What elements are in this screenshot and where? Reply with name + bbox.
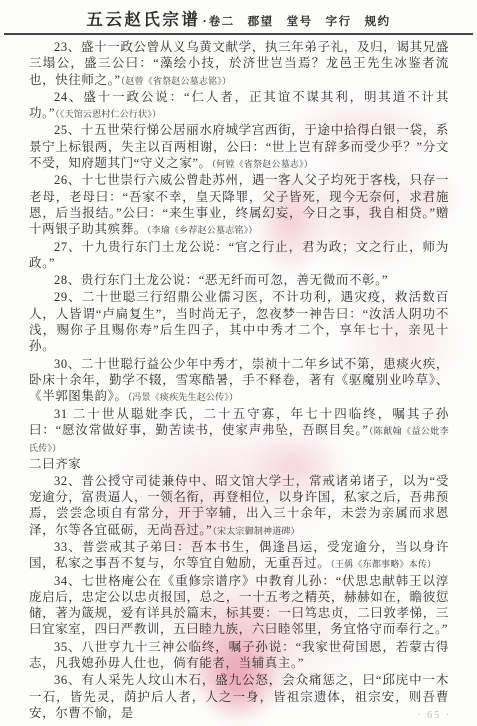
citation: （王偁《东都事略》本传） xyxy=(330,559,436,569)
paragraph-number: 30、 xyxy=(54,357,81,371)
paragraph-31: 31 二十世从聪妣李氏，二十五守寡，年七十四临终，嘱其子孙曰：“愿汝常做好事，勤… xyxy=(29,406,449,457)
paragraph-35: 35、八世亨九十三神公临终，嘱子孙说：“我家世荷国恩，若蒙古得志，凡我媳孙毋人仕… xyxy=(29,639,449,673)
title-separator: · xyxy=(200,13,208,28)
paragraph-25: 25、十五世荣行悌公居丽水府城学宫西街，于途中拾得白银一袋，系景宁上标银两，失主… xyxy=(29,122,449,172)
paragraph-number: 26、 xyxy=(54,173,81,187)
paragraph-34: 34、七世格庵公在《重修宗谱序》中教育儿孙：“伏思忠献韩王以淳庞启后，忠定公以忠… xyxy=(29,573,449,639)
paragraph-number: 32、 xyxy=(54,474,81,488)
paragraph-29: 29、二十世聪三行绍鼎公业儒习医，不计功利，遇灾疫，救活数百人，人皆谓“卢扁复生… xyxy=(29,289,449,355)
paragraph-33: 33、普尝戒其子弟曰：吾本书生，偶逢昌运，受宠逾分，当以身许国，私家之事吾不复与… xyxy=(29,539,449,573)
paragraph-number: 33、 xyxy=(54,540,82,554)
paragraph-text: 二十世聪行益公少年中秀才，崇祯十二年乡试不第，患痰火疾，卧床十余年，勤学不辍，雪… xyxy=(29,357,449,404)
paragraph-number: 25、 xyxy=(54,123,81,137)
paragraph-text: 七世格庵公在《重修宗谱序》中教育儿孙：“伏思忠献韩王以淳庞启后，忠定公以忠贞报国… xyxy=(29,574,449,637)
paragraph-number: 27、 xyxy=(54,240,81,254)
page-number: · 65 · xyxy=(417,710,451,721)
paragraph-text: 贵行东门土龙公说：“恶无纤而可忽，善无微而不彰。” xyxy=(81,273,388,287)
paragraph-text: 二十世聪三行绍鼎公业儒习医，不计功利，遇灾疫，救活数百人，人皆谓“卢扁复生”，当… xyxy=(29,290,449,353)
book-title: 五云赵氏宗谱 xyxy=(86,10,200,29)
paragraph-32: 32、普公授守司徒兼侍中、昭文馆大学士，常戒诸弟诸子，以为“受宠逾分，富贵逼人，… xyxy=(29,473,449,539)
header-divider xyxy=(4,33,473,35)
document-page: 五云赵氏宗谱·卷二 郡望 堂号 字行 规约 23、盛十一政公曾从义乌黄文献学，执… xyxy=(0,0,477,726)
paragraph-30: 30、二十世聪行益公少年中秀才，崇祯十二年乡试不第，患痰火疾，卧床十余年，勤学不… xyxy=(29,356,449,406)
paragraph-number: 24、 xyxy=(54,90,83,104)
paragraph-number: 29、 xyxy=(54,290,82,304)
paragraph-36: 36、有人采先人坟山木石，盛九公怒，会众痛惩之，曰“邱庑中一木一石，皆先灵，荫护… xyxy=(29,672,449,722)
paragraph-text: 有人采先人坟山木石，盛九公怒，会众痛惩之，曰“邱庑中一木一石，皆先灵，荫护后人者… xyxy=(29,673,449,720)
chapter-subtitle: 卷二 郡望 堂号 字行 规约 xyxy=(209,16,391,28)
page-header: 五云赵氏宗谱·卷二 郡望 堂号 字行 规约 xyxy=(0,6,477,30)
paragraph-text: 十九贵行东门土龙公说：“官之行止，君为政；文之行止，师为政。” xyxy=(29,240,449,270)
paragraph-number: 36、 xyxy=(54,673,81,687)
document-body: 23、盛十一政公曾从义乌黄文献学，执三年弟子礼，及归，谒其兄盛三塌公，盛三公曰：… xyxy=(29,39,449,722)
citation: （宋太宗御制神道碑） xyxy=(212,526,300,536)
paragraph-24: 24、盛十一政公说：“仁人者，正其谊不谋其利，明其道不计其功。”（《天馆云恩村仁… xyxy=(29,89,449,123)
citation: （《天馆云恩村仁公行状》） xyxy=(55,109,161,119)
paragraph-23: 23、盛十一政公曾从义乌黄文献学，执三年弟子礼，及归，谒其兄盛三塌公，盛三公曰：… xyxy=(29,39,449,89)
paragraph-number: 23、 xyxy=(54,40,81,54)
citation: （李瑜《乡荐赵公墓志铭》） xyxy=(147,225,258,235)
paragraph-27: 27、十九贵行东门土龙公说：“官之行止，君为政；文之行止，师为政。” xyxy=(29,239,449,273)
paragraph-number: 28、 xyxy=(54,273,81,287)
paragraph-28: 28、贵行东门土龙公说：“恶无纤而可忽，善无微而不彰。” xyxy=(29,272,449,289)
paragraph-number: 35、 xyxy=(54,640,81,654)
paragraph-number: 34、 xyxy=(54,574,81,588)
paragraph-26: 26、十七世崇行六威公曾赴苏州，遇一客人父子均死于客栈，只存一老母，老母曰：“吾… xyxy=(29,172,449,238)
paragraph-text: 八世亨九十三神公临终，嘱子孙说：“我家世荷国恩，若蒙古得志，凡我媳孙毋人仕也，倘… xyxy=(29,640,449,670)
paragraph-number: 31 xyxy=(54,407,73,421)
section-heading: 二曰齐家 xyxy=(29,456,449,472)
citation: （赵曾《省祭赵公墓志铭》） xyxy=(121,76,232,86)
citation: （冯景《痰疾先生赵公传》） xyxy=(128,392,239,402)
citation: （何镗《省祭赵公墓志》） xyxy=(212,159,313,169)
paragraph-text: 盛十一政公曾从义乌黄文献学，执三年弟子礼，及归，谒其兄盛三塌公，盛三公曰：“藻绘… xyxy=(29,40,449,87)
